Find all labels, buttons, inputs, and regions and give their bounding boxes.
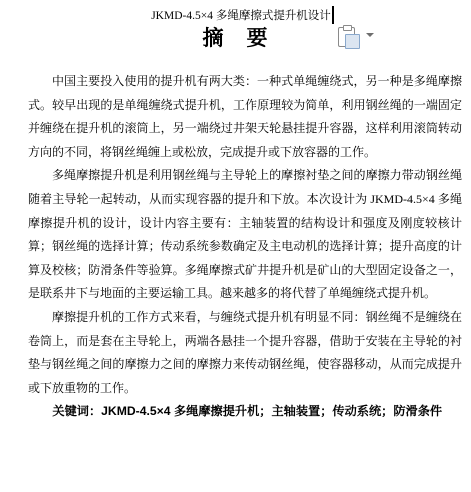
abstract-paragraph[interactable]: 中国主要投入使用的提升机有两大类：一种式单绳缠绕式，另一种是多绳摩擦式。较早出现… xyxy=(28,70,462,164)
clipboard-page xyxy=(345,34,360,49)
keywords-line[interactable]: 关键词：JKMD-4.5×4 多绳摩擦提升机；主轴装置；传动系统；防滑条件 xyxy=(28,400,462,424)
abstract-heading[interactable]: 摘 要 xyxy=(0,26,471,51)
document-title[interactable]: JKMD-4.5×4 多绳摩擦式提升机设计 xyxy=(0,4,471,25)
keywords-text[interactable]: JKMD-4.5×4 多绳摩擦提升机；主轴装置；传动系统；防滑条件 xyxy=(101,404,442,418)
text-cursor xyxy=(332,6,334,24)
paste-options-button[interactable] xyxy=(336,22,376,52)
abstract-paragraph[interactable]: 摩擦提升机的工作方式来看，与缠绕式提升机有明显不同：钢丝绳不是缠绕在卷筒上，而是… xyxy=(28,306,462,400)
clipboard-paste-icon[interactable] xyxy=(338,24,358,50)
abstract-body[interactable]: 中国主要投入使用的提升机有两大类：一种式单绳缠绕式，另一种是多绳摩擦式。较早出现… xyxy=(28,70,462,424)
clipboard-clip xyxy=(343,25,352,31)
document-title-text[interactable]: JKMD-4.5×4 多绳摩擦式提升机设计 xyxy=(151,10,331,22)
document-page[interactable]: JKMD-4.5×4 多绳摩擦式提升机设计 摘 要 中国主要投入使用的提升机有两… xyxy=(0,0,471,492)
abstract-paragraph[interactable]: 多绳摩擦提升机是利用钢丝绳与主导轮上的摩擦衬垫之间的摩擦力带动钢丝绳随着主导轮一… xyxy=(28,164,462,306)
chevron-down-icon[interactable] xyxy=(366,33,374,37)
keywords-label[interactable]: 关键词： xyxy=(52,404,101,418)
